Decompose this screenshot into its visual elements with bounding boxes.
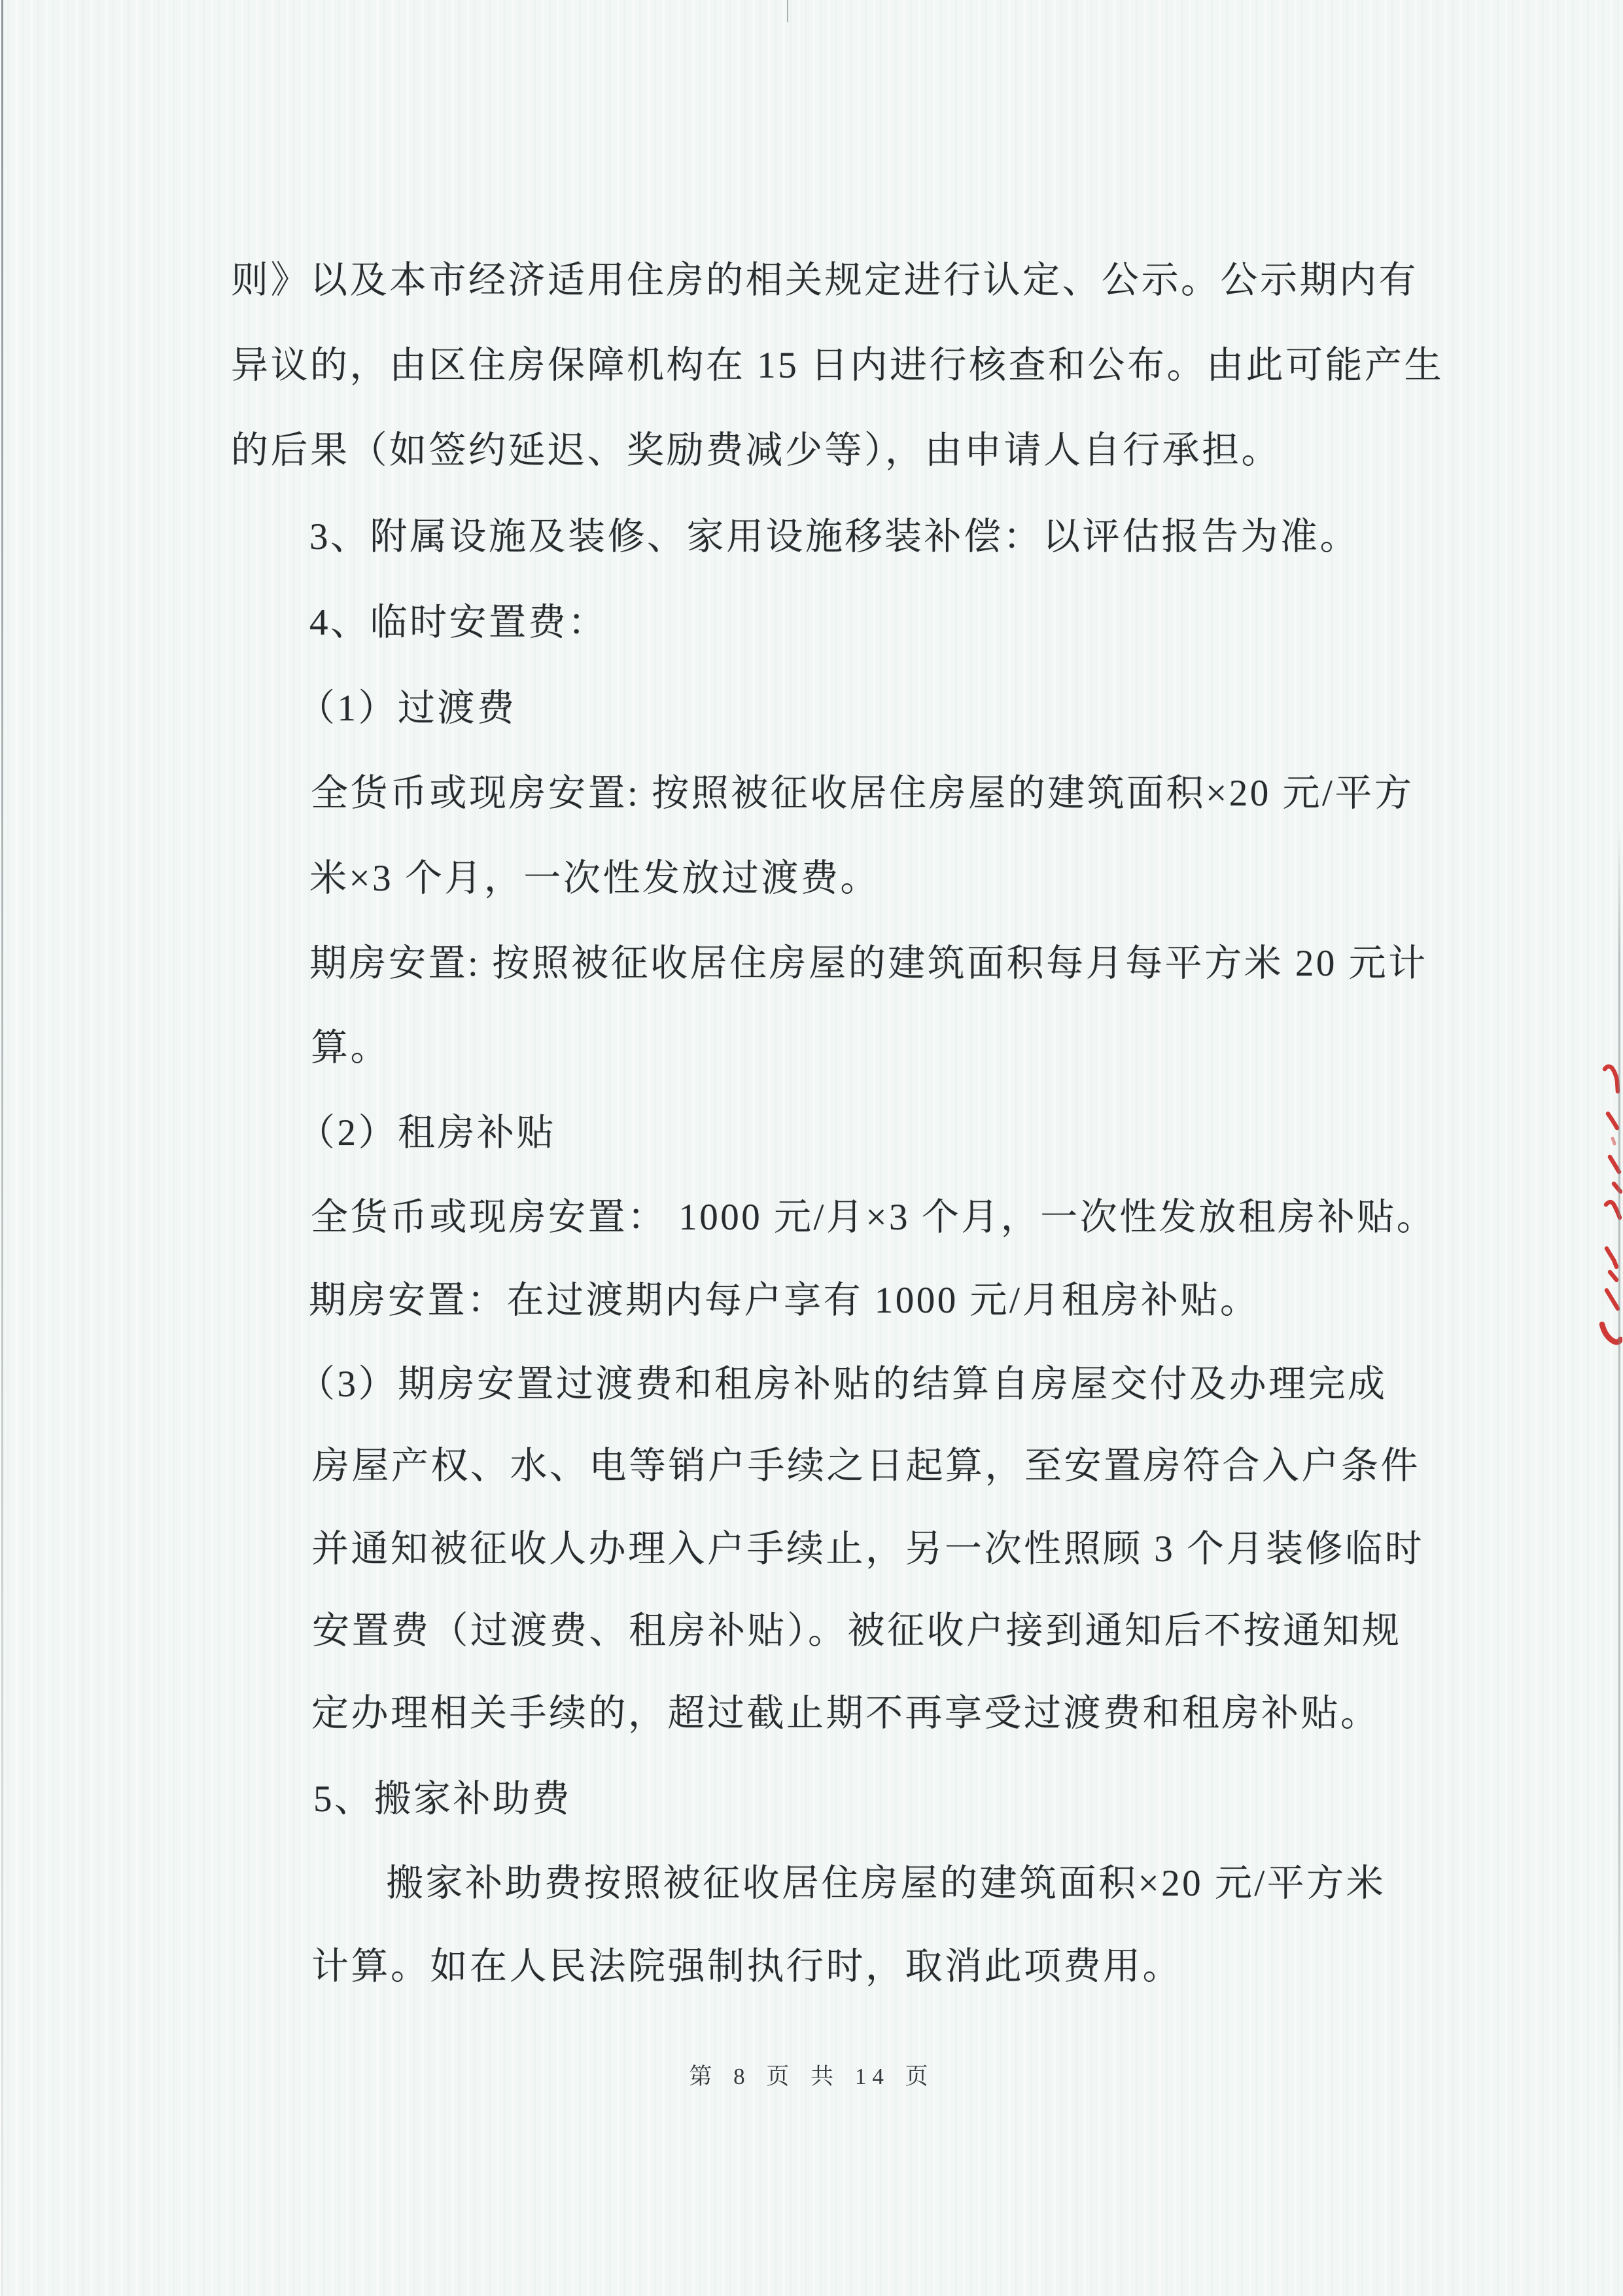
text-line: 并通知被征收人办理入户手续止，另一次性照顾 3 个月装修临时	[311, 1526, 1424, 1573]
document-page: 则》以及本市经济适用住房的相关规定进行认定、公示。公示期内有异议的，由区住房保障…	[0, 0, 1623, 2296]
text-line: （3）期房安置过渡费和租房补贴的结算自房屋交付及办理完成	[298, 1361, 1387, 1408]
text-line: 米×3 个月，一次性发放过渡费。	[309, 855, 880, 902]
text-line: 5、搬家补助费	[313, 1776, 572, 1823]
text-line: 计算。如在人民法院强制执行时，取消此项费用。	[311, 1943, 1182, 1990]
text-line: 则》以及本市经济适用住房的相关规定进行认定、公示。公示期内有	[231, 257, 1418, 304]
text-line: 安置费（过渡费、租房补贴）。被征收户接到通知后不按通知规	[312, 1608, 1402, 1655]
text-line: 全货币或现房安置： 1000 元/月×3 个月，一次性发放租房补贴。	[311, 1194, 1436, 1241]
text-line: 定办理相关手续的，超过截止期不再享受过渡费和租房补贴。	[311, 1690, 1380, 1737]
text-layer: 则》以及本市经济适用住房的相关规定进行认定、公示。公示期内有异议的，由区住房保障…	[0, 0, 1623, 2296]
text-line: 搬家补助费按照被征收居住房屋的建筑面积×20 元/平方米	[386, 1860, 1386, 1907]
text-line: 全货币或现房安置: 按照被征收居住房屋的建筑面积×20 元/平方	[311, 770, 1414, 817]
text-line: 3、附属设施及装修、家用设施移装补偿：以评估报告为准。	[309, 514, 1359, 561]
text-line: 异议的，由区住房保障机构在 15 日内进行核查和公布。由此可能产生	[231, 342, 1444, 389]
scan-artifact-tick	[787, 0, 788, 22]
text-line: 算。	[311, 1025, 390, 1072]
text-line: 房屋产权、水、电等销户手续之日起算，至安置房符合入户条件	[312, 1443, 1420, 1490]
scan-edge-line-right	[1618, 828, 1620, 2136]
page-footer: 第 8 页 共 14 页	[0, 2058, 1623, 2091]
scan-edge-line-left	[1, 0, 3, 2296]
text-line: （2）租房补贴	[298, 1110, 556, 1157]
text-line: 的后果（如签约延迟、奖励费减少等），由申请人自行承担。	[231, 427, 1281, 474]
text-line: 4、临时安置费：	[309, 599, 608, 646]
text-line: 期房安置: 按照被征收居住房屋的建筑面积每月每平方米 20 元计	[309, 940, 1428, 987]
text-line: （1）过渡费	[298, 685, 517, 732]
text-line: 期房安置：在过渡期内每户享有 1000 元/月租房补贴。	[309, 1277, 1259, 1324]
